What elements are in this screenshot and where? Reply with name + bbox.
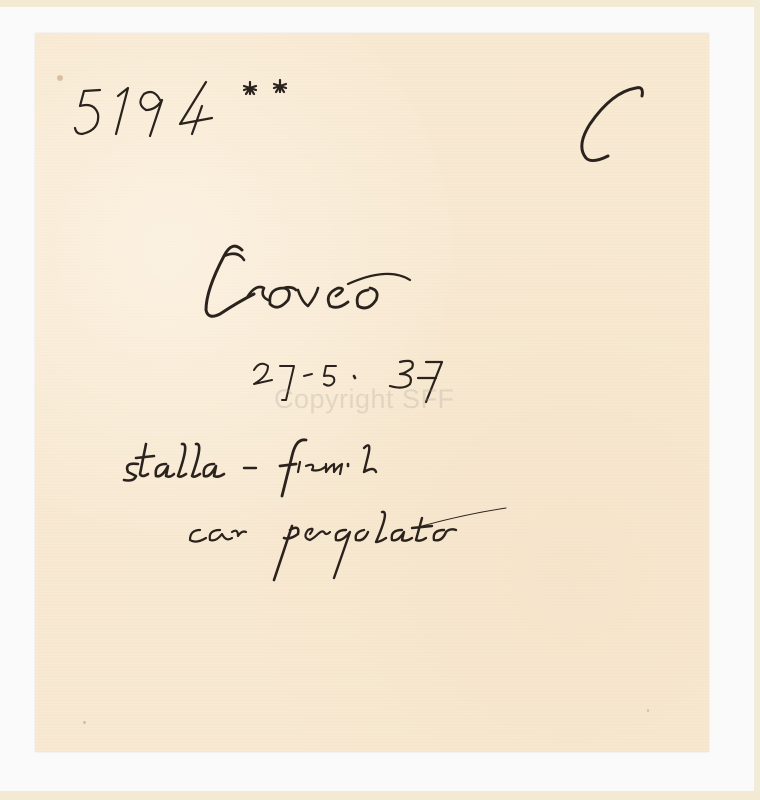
description-line-1: stalla - fienile [120,436,450,510]
description-line-2: con pergolato [186,508,516,592]
place-name: Croveo [198,240,428,334]
scan-edge-right [754,0,760,800]
paper-stain [83,721,86,724]
scan-edge-bottom [0,791,760,800]
catalog-number: 5194 [70,78,230,144]
paper-stain [57,75,63,81]
paper-stain [647,709,649,712]
catalog-marks: ** [242,78,292,104]
copyright-watermark: Copyright SFF [274,384,455,415]
scan-edge-top [0,0,760,7]
series-letter: C [572,84,652,170]
